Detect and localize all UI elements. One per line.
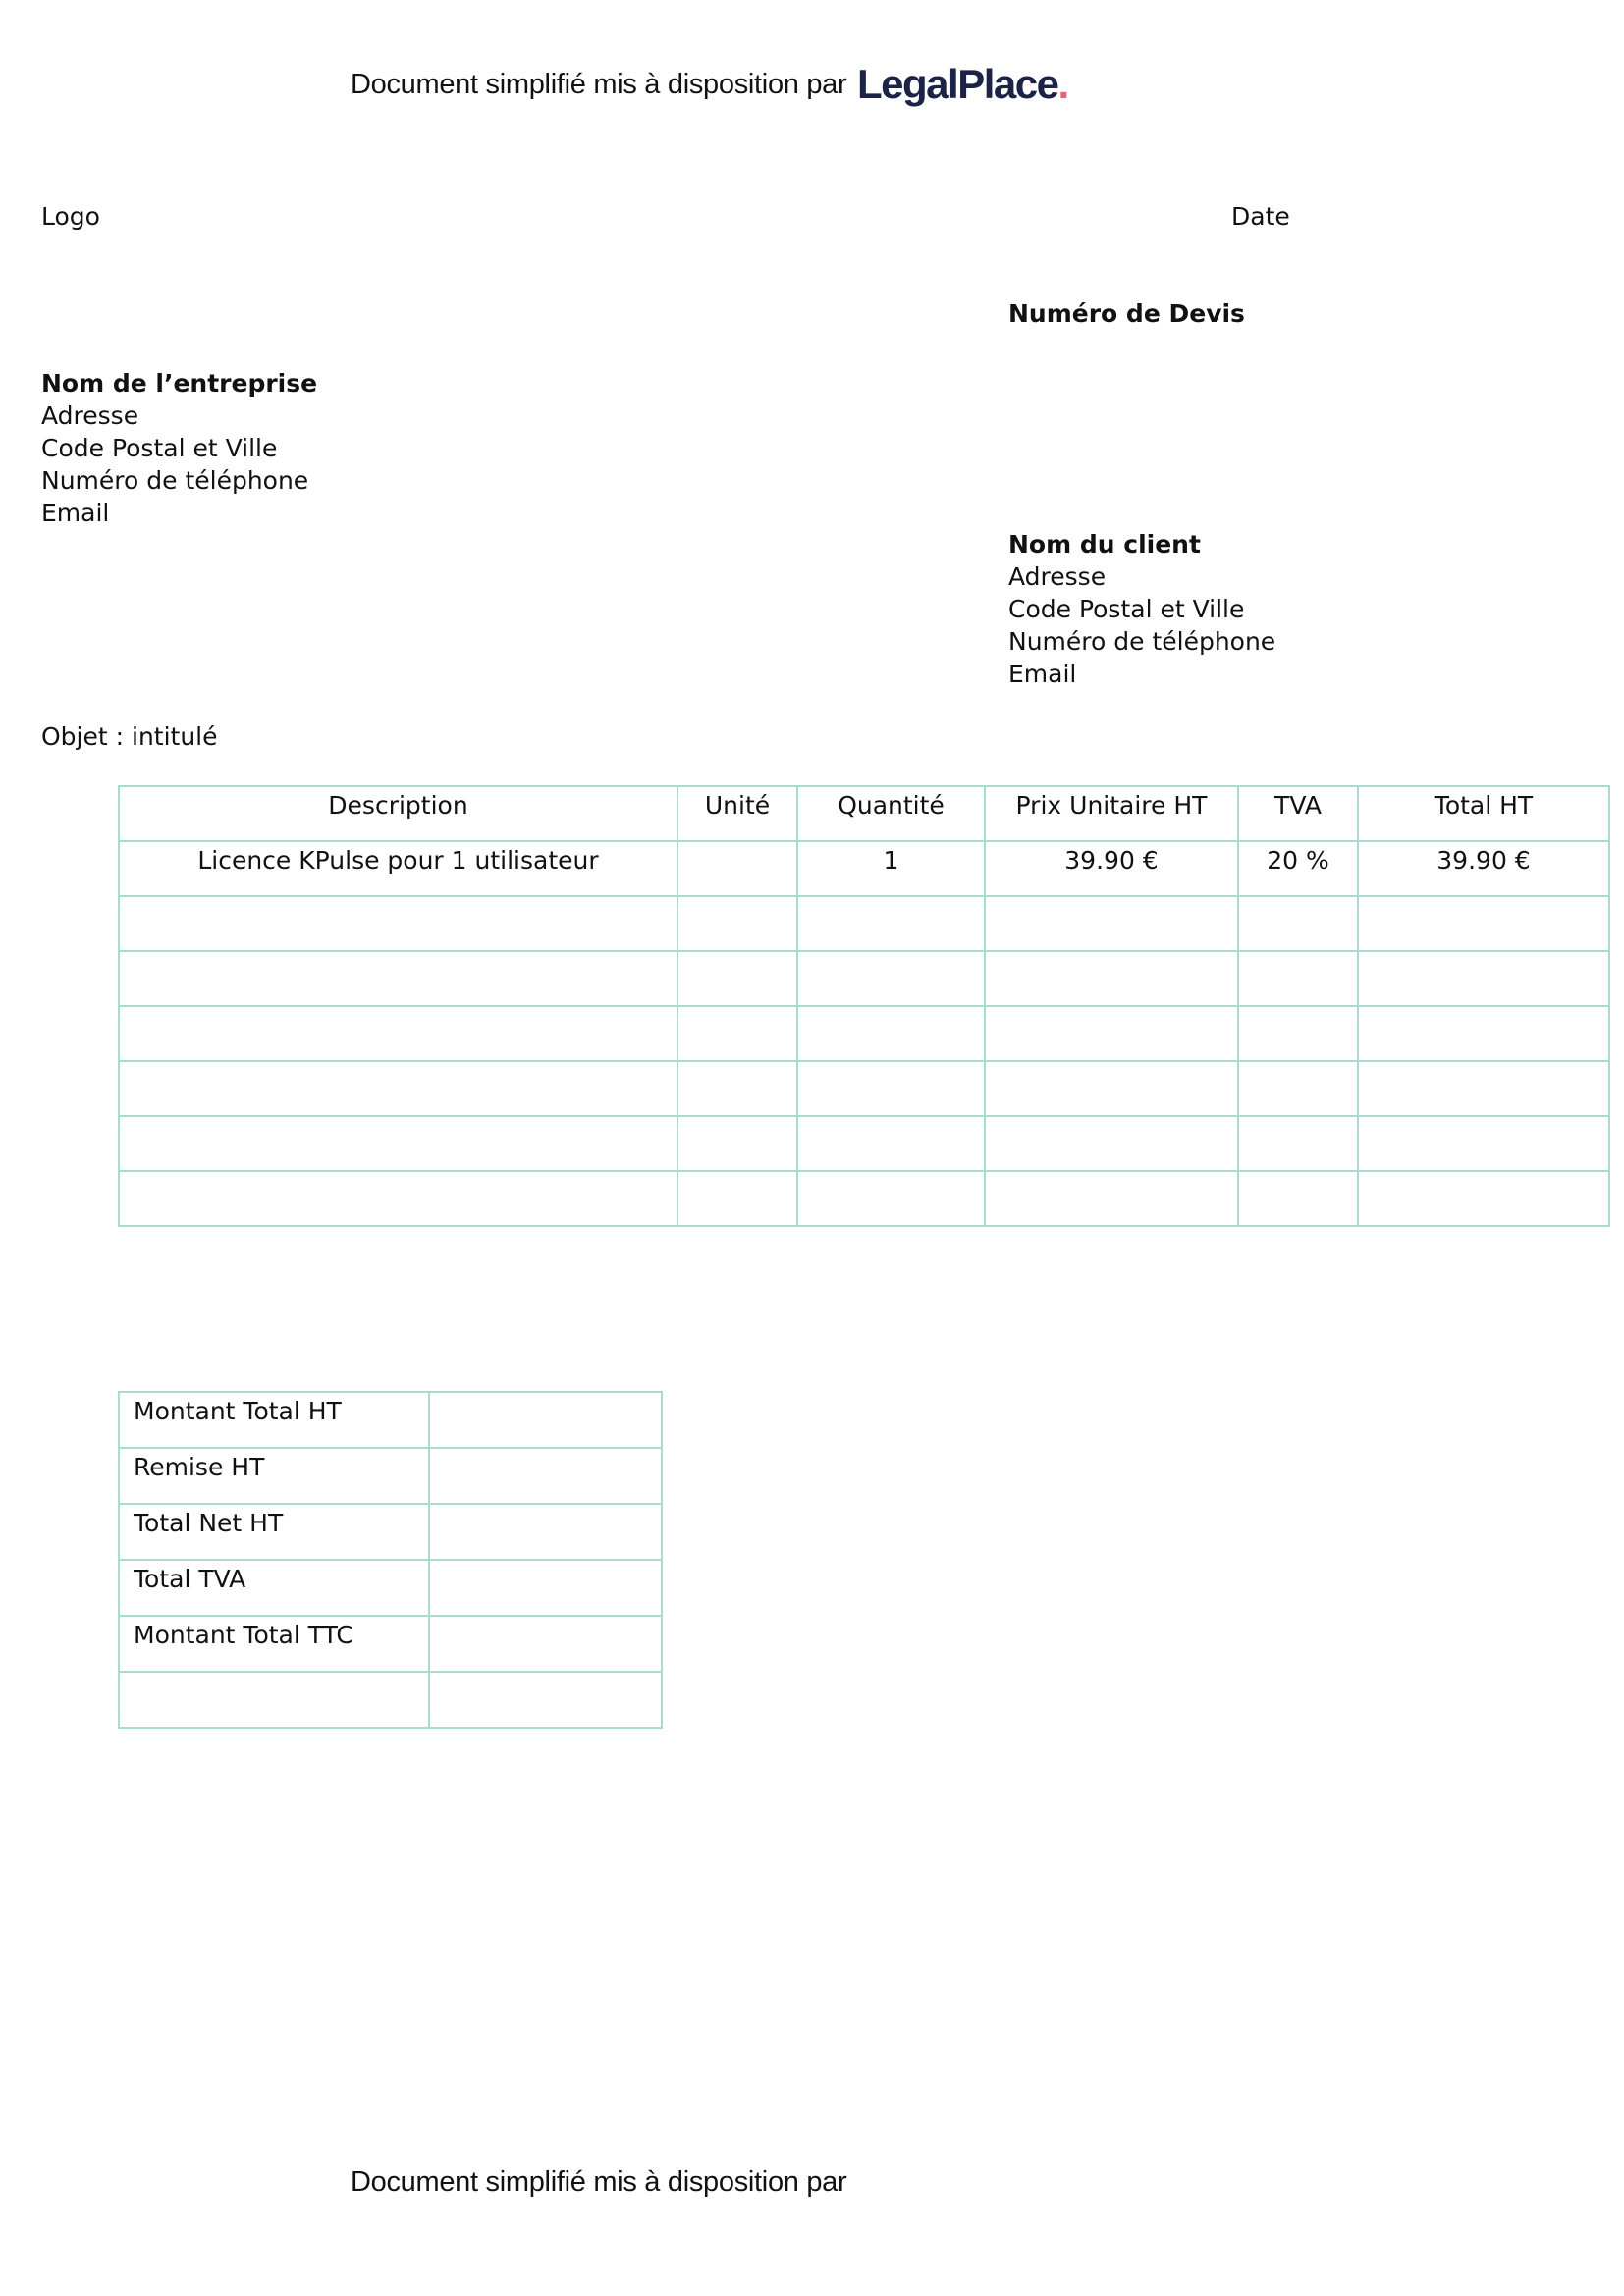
table-cell	[1238, 1116, 1358, 1171]
table-cell: Licence KPulse pour 1 utilisateur	[119, 841, 677, 896]
table-cell	[797, 1061, 985, 1116]
company-name: Nom de l’entreprise	[41, 367, 317, 400]
table-cell: 20 %	[1238, 841, 1358, 896]
table-cell	[985, 1116, 1238, 1171]
table-cell	[985, 1171, 1238, 1226]
client-email: Email	[1008, 658, 1275, 690]
table-cell: 39.90 €	[985, 841, 1238, 896]
table-cell	[1238, 896, 1358, 951]
subject-line: Objet : intitulé	[41, 721, 218, 753]
table-cell	[985, 896, 1238, 951]
totals-table: Montant Total HTRemise HTTotal Net HTTot…	[118, 1391, 663, 1729]
table-row	[119, 1171, 1609, 1226]
totals-label: Total Net HT	[119, 1504, 429, 1560]
table-cell	[985, 1006, 1238, 1061]
table-row: Licence KPulse pour 1 utilisateur139.90 …	[119, 841, 1609, 896]
client-postal-city: Code Postal et Ville	[1008, 593, 1275, 625]
totals-label: Remise HT	[119, 1448, 429, 1504]
client-name: Nom du client	[1008, 528, 1275, 561]
table-cell	[797, 896, 985, 951]
table-row	[119, 1006, 1609, 1061]
totals-value	[429, 1448, 662, 1504]
company-address: Adresse	[41, 400, 317, 432]
column-header: Total HT	[1358, 786, 1609, 841]
brand-name: LegalPlace	[857, 61, 1057, 107]
totals-row: Montant Total HT	[119, 1392, 662, 1448]
client-block: Nom du client Adresse Code Postal et Vil…	[1008, 528, 1275, 690]
totals-row	[119, 1672, 662, 1728]
totals-value	[429, 1616, 662, 1672]
totals-value	[429, 1504, 662, 1560]
table-cell	[797, 1006, 985, 1061]
table-cell	[677, 1116, 797, 1171]
table-cell	[119, 1171, 677, 1226]
company-phone: Numéro de téléphone	[41, 464, 317, 497]
table-row	[119, 896, 1609, 951]
totals-label: Total TVA	[119, 1560, 429, 1616]
totals-row: Total Net HT	[119, 1504, 662, 1560]
table-cell: 39.90 €	[1358, 841, 1609, 896]
table-cell	[1358, 951, 1609, 1006]
company-postal-city: Code Postal et Ville	[41, 432, 317, 464]
table-cell	[1238, 1006, 1358, 1061]
quote-number-label: Numéro de Devis	[1008, 297, 1245, 330]
column-header: TVA	[1238, 786, 1358, 841]
table-cell	[677, 951, 797, 1006]
table-cell: 1	[797, 841, 985, 896]
table-cell	[119, 1061, 677, 1116]
table-cell	[1358, 1171, 1609, 1226]
client-phone: Numéro de téléphone	[1008, 625, 1275, 658]
client-address: Adresse	[1008, 561, 1275, 593]
date-label: Date	[1231, 200, 1290, 233]
table-cell	[677, 1061, 797, 1116]
banner-text: Document simplifié mis à disposition par	[351, 69, 846, 101]
table-row	[119, 1061, 1609, 1116]
table-cell	[797, 1116, 985, 1171]
table-cell	[119, 951, 677, 1006]
table-cell	[1358, 1006, 1609, 1061]
table-cell	[1358, 1116, 1609, 1171]
totals-row: Total TVA	[119, 1560, 662, 1616]
column-header: Unité	[677, 786, 797, 841]
table-cell	[797, 1171, 985, 1226]
table-cell	[985, 1061, 1238, 1116]
totals-value	[429, 1392, 662, 1448]
table-cell	[985, 951, 1238, 1006]
table-cell	[119, 1116, 677, 1171]
column-header: Prix Unitaire HT	[985, 786, 1238, 841]
table-cell	[119, 896, 677, 951]
totals-row: Remise HT	[119, 1448, 662, 1504]
logo-placeholder: Logo	[41, 200, 100, 233]
column-header: Quantité	[797, 786, 985, 841]
totals-value	[429, 1560, 662, 1616]
table-cell	[677, 896, 797, 951]
column-header: Description	[119, 786, 677, 841]
legalplace-logo: LegalPlace.	[857, 61, 1068, 108]
totals-value	[429, 1672, 662, 1728]
table-cell	[119, 1006, 677, 1061]
table-cell	[1238, 951, 1358, 1006]
table-cell	[1238, 1171, 1358, 1226]
table-cell	[677, 1171, 797, 1226]
totals-row: Montant Total TTC	[119, 1616, 662, 1672]
items-header-row: DescriptionUnitéQuantitéPrix Unitaire HT…	[119, 786, 1609, 841]
table-cell	[677, 841, 797, 896]
table-cell	[797, 951, 985, 1006]
items-table: DescriptionUnitéQuantitéPrix Unitaire HT…	[118, 785, 1610, 1227]
table-cell	[1238, 1061, 1358, 1116]
totals-label: Montant Total HT	[119, 1392, 429, 1448]
footer-text: Document simplifié mis à disposition par	[351, 2166, 846, 2199]
totals-label	[119, 1672, 429, 1728]
table-cell	[677, 1006, 797, 1061]
totals-label: Montant Total TTC	[119, 1616, 429, 1672]
table-cell	[1358, 896, 1609, 951]
brand-dot: .	[1057, 61, 1067, 107]
table-cell	[1358, 1061, 1609, 1116]
company-block: Nom de l’entreprise Adresse Code Postal …	[41, 367, 317, 529]
table-row	[119, 1116, 1609, 1171]
table-row	[119, 951, 1609, 1006]
company-email: Email	[41, 497, 317, 529]
